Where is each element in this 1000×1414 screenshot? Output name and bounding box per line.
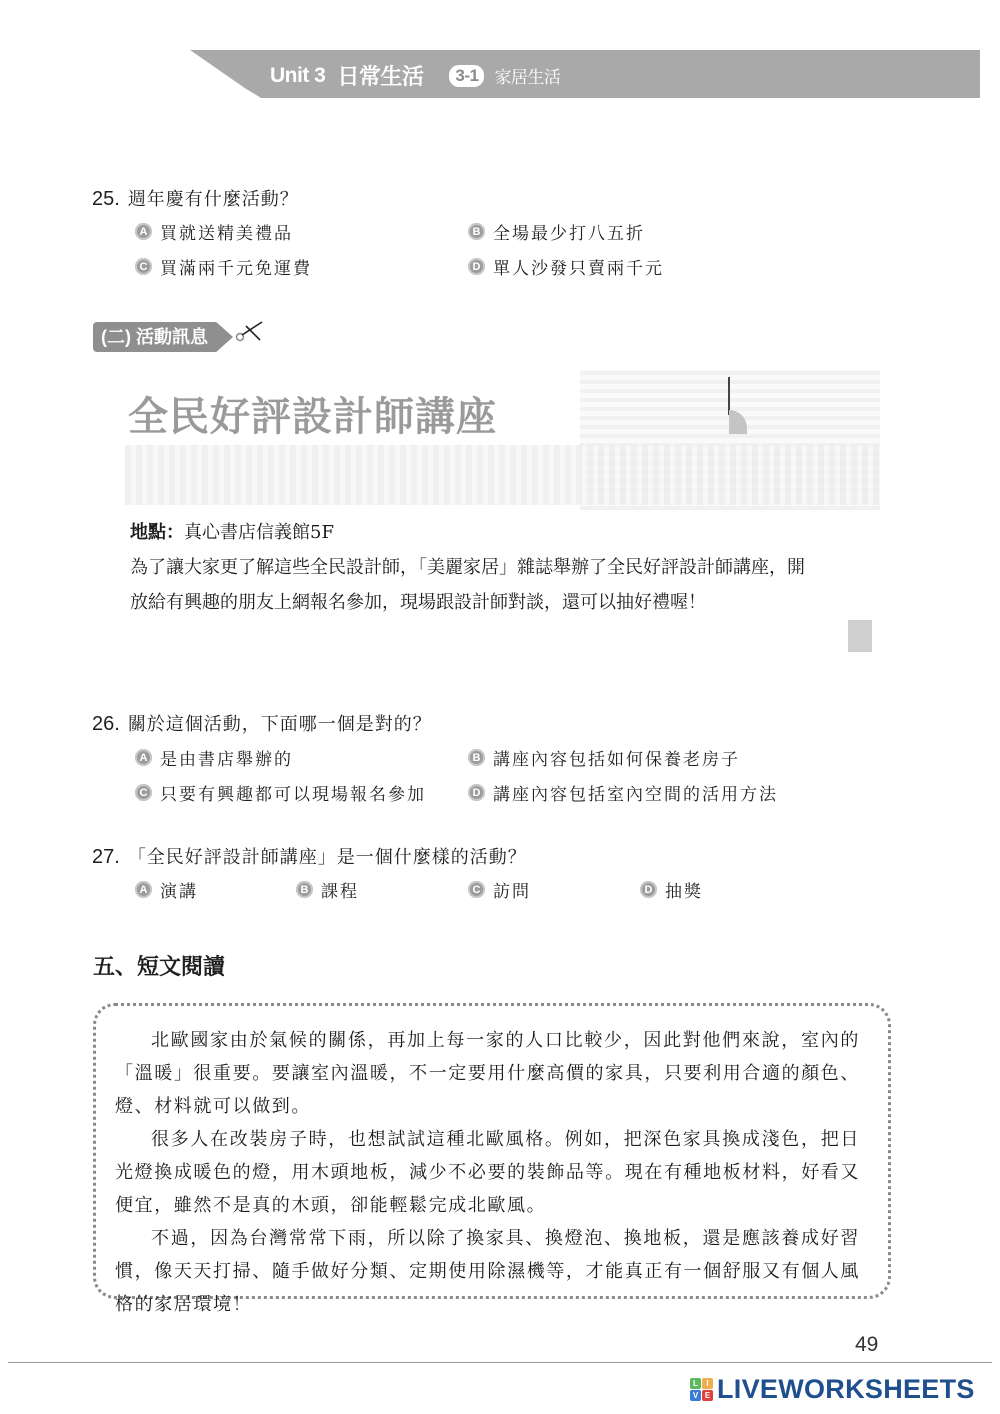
liveworksheets-logo-icon: L I V E xyxy=(690,1378,713,1401)
option-b-icon: B xyxy=(468,223,485,240)
option-text: 講座內容包括如何保養老房子 xyxy=(493,745,740,770)
option-b-icon: B xyxy=(296,881,313,898)
unit-title: 日常生活 xyxy=(337,60,423,91)
option-text: 是由書店舉辦的 xyxy=(160,745,293,770)
lesson-title: 家居生活 xyxy=(494,63,560,88)
q27-option-d[interactable]: D抽獎 xyxy=(640,877,703,902)
q26-option-b[interactable]: B講座內容包括如何保養老房子 xyxy=(468,745,740,770)
option-c-icon: C xyxy=(468,881,485,898)
section-tag-activity-info: (二) 活動訊息 xyxy=(93,322,233,352)
poster-decoration-block xyxy=(848,620,872,652)
q27-option-a[interactable]: A演講 xyxy=(135,877,198,902)
question-number: 25. xyxy=(92,188,120,210)
question-number: 26. xyxy=(92,713,120,735)
poster-faded-text xyxy=(125,445,880,505)
option-text: 抽獎 xyxy=(665,877,703,902)
option-a-icon: A xyxy=(135,749,152,766)
event-description: 為了讓大家更了解這些全民設計師，「美麗家居」雜誌舉辦了全民好評設計師講座，開放給… xyxy=(130,550,810,620)
option-text: 全場最少打八五折 xyxy=(493,219,645,244)
question-27: 27.「全民好評設計師講座」是一個什麼樣的活動？ xyxy=(92,843,527,869)
logo-letter: I xyxy=(702,1378,713,1389)
q25-option-b[interactable]: B全場最少打八五折 xyxy=(468,219,645,244)
q27-option-b[interactable]: B課程 xyxy=(296,877,359,902)
q26-option-d[interactable]: D講座內容包括室內空間的活用方法 xyxy=(468,780,778,805)
logo-letter: V xyxy=(690,1390,701,1401)
q25-option-c[interactable]: C買滿兩千元免運費 xyxy=(135,254,312,279)
footer-divider xyxy=(8,1362,992,1363)
option-d-icon: D xyxy=(468,258,485,275)
option-text: 單人沙發只賣兩千元 xyxy=(493,254,664,279)
question-text: 「全民好評設計師講座」是一個什麼樣的活動？ xyxy=(128,847,527,868)
option-text: 買滿兩千元免運費 xyxy=(160,254,312,279)
lesson-badge: 3-1 xyxy=(449,65,484,87)
question-number: 27. xyxy=(92,846,120,868)
option-text: 演講 xyxy=(160,877,198,902)
location-value: 真心書店信義館5F xyxy=(184,522,334,543)
option-a-icon: A xyxy=(135,881,152,898)
option-text: 買就送精美禮品 xyxy=(160,219,293,244)
scissors-icon xyxy=(232,318,266,348)
q26-option-c[interactable]: C只要有興趣都可以現場報名參加 xyxy=(135,780,426,805)
option-d-icon: D xyxy=(640,881,657,898)
option-b-icon: B xyxy=(468,749,485,766)
option-a-icon: A xyxy=(135,223,152,240)
passage-paragraph-2: 很多人在改裝房子時，也想試試這種北歐風格。例如，把深色家具換成淺色，把日光燈換成… xyxy=(115,1123,860,1222)
question-text: 關於這個活動，下面哪一個是對的？ xyxy=(128,714,432,735)
option-d-icon: D xyxy=(468,784,485,801)
passage-paragraph-1: 北歐國家由於氣候的關係，再加上每一家的人口比較少，因此對他們來說，室內的「溫暖」… xyxy=(115,1024,860,1123)
unit-label: Unit 3 xyxy=(270,64,325,88)
reading-passage: 北歐國家由於氣候的關係，再加上每一家的人口比較少，因此對他們來說，室內的「溫暖」… xyxy=(115,1024,860,1321)
section-title-short-reading: 五、短文閱讀 xyxy=(93,950,225,981)
location-label: 地點： xyxy=(130,522,184,543)
event-location: 地點：真心書店信義館5F xyxy=(130,515,810,550)
q26-option-a[interactable]: A是由書店舉辦的 xyxy=(135,745,293,770)
option-text: 講座內容包括室內空間的活用方法 xyxy=(493,780,778,805)
option-text: 課程 xyxy=(321,877,359,902)
q25-option-a[interactable]: A買就送精美禮品 xyxy=(135,219,293,244)
unit-header: Unit 3 日常生活 3-1 家居生活 xyxy=(270,60,560,91)
liveworksheets-brand[interactable]: L I V E LIVEWORKSHEETS xyxy=(690,1374,975,1405)
logo-letter: E xyxy=(702,1390,713,1401)
brand-name: LIVEWORKSHEETS xyxy=(717,1374,975,1405)
option-text: 只要有興趣都可以現場報名參加 xyxy=(160,780,426,805)
event-title: 全民好評設計師講座 xyxy=(128,385,497,442)
question-26: 26.關於這個活動，下面哪一個是對的？ xyxy=(92,710,432,736)
passage-paragraph-3: 不過，因為台灣常常下雨，所以除了換家具、換燈泡、換地板，還是應該養成好習慣，像天… xyxy=(115,1222,860,1321)
question-text: 週年慶有什麼活動？ xyxy=(128,189,299,210)
logo-letter: L xyxy=(690,1378,701,1389)
question-25: 25.週年慶有什麼活動？ xyxy=(92,185,299,211)
option-c-icon: C xyxy=(135,258,152,275)
option-c-icon: C xyxy=(135,784,152,801)
event-details: 地點：真心書店信義館5F 為了讓大家更了解這些全民設計師，「美麗家居」雜誌舉辦了… xyxy=(130,515,810,620)
q25-option-d[interactable]: D單人沙發只賣兩千元 xyxy=(468,254,664,279)
option-text: 訪問 xyxy=(493,877,531,902)
page-number: 49 xyxy=(855,1333,878,1357)
q27-option-c[interactable]: C訪問 xyxy=(468,877,531,902)
